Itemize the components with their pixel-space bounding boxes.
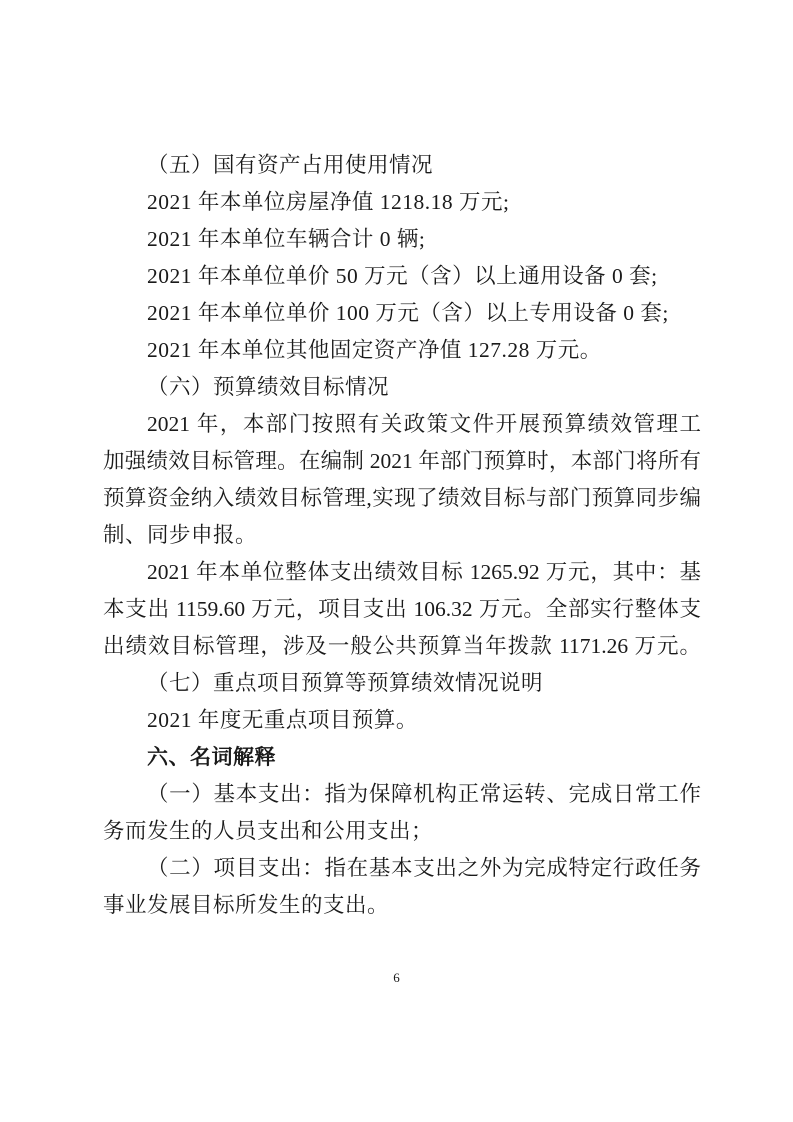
document-body: （五）国有资产占用使用情况2021 年本单位房屋净值 1218.18 万元;20… bbox=[103, 147, 701, 924]
text-line: 2021 年，本部门按照有关政策文件开展预算绩效管理工作， bbox=[103, 406, 701, 443]
text-line: 2021 年本单位单价 50 万元（含）以上通用设备 0 套; bbox=[103, 258, 701, 295]
page-number: 6 bbox=[0, 969, 793, 987]
text-line: （七）重点项目预算等预算绩效情况说明 bbox=[103, 665, 701, 702]
text-line: 加强绩效目标管理。在编制 2021 年部门预算时，本部门将所有 bbox=[103, 443, 701, 480]
text-line: 2021 年本单位车辆合计 0 辆; bbox=[103, 221, 701, 258]
text-line: （六）预算绩效目标情况 bbox=[103, 369, 701, 406]
text-line: 2021 年本单位房屋净值 1218.18 万元; bbox=[103, 184, 701, 221]
text-line: 2021 年本单位其他固定资产净值 127.28 万元。 bbox=[103, 332, 701, 369]
document-page: （五）国有资产占用使用情况2021 年本单位房屋净值 1218.18 万元;20… bbox=[0, 0, 793, 1122]
text-line: 2021 年本单位单价 100 万元（含）以上专用设备 0 套; bbox=[103, 295, 701, 332]
text-line: 事业发展目标所发生的支出。 bbox=[103, 887, 701, 924]
text-line: 务而发生的人员支出和公用支出； bbox=[103, 813, 701, 850]
text-line: 预算资金纳入绩效目标管理,实现了绩效目标与部门预算同步编 bbox=[103, 480, 701, 517]
text-line: 六、名词解释 bbox=[103, 739, 701, 776]
text-line: （五）国有资产占用使用情况 bbox=[103, 147, 701, 184]
text-line: 2021 年度无重点项目预算。 bbox=[103, 702, 701, 739]
text-line: 出绩效目标管理，涉及一般公共预算当年拨款 1171.26 万元。 bbox=[103, 628, 701, 665]
text-line: （二）项目支出：指在基本支出之外为完成特定行政任务和 bbox=[103, 850, 701, 887]
text-line: 制、同步申报。 bbox=[103, 517, 701, 554]
text-line: 2021 年本单位整体支出绩效目标 1265.92 万元，其中：基 bbox=[103, 554, 701, 591]
text-line: 本支出 1159.60 万元，项目支出 106.32 万元。全部实行整体支 bbox=[103, 591, 701, 628]
text-line: （一）基本支出：指为保障机构正常运转、完成日常工作任 bbox=[103, 776, 701, 813]
